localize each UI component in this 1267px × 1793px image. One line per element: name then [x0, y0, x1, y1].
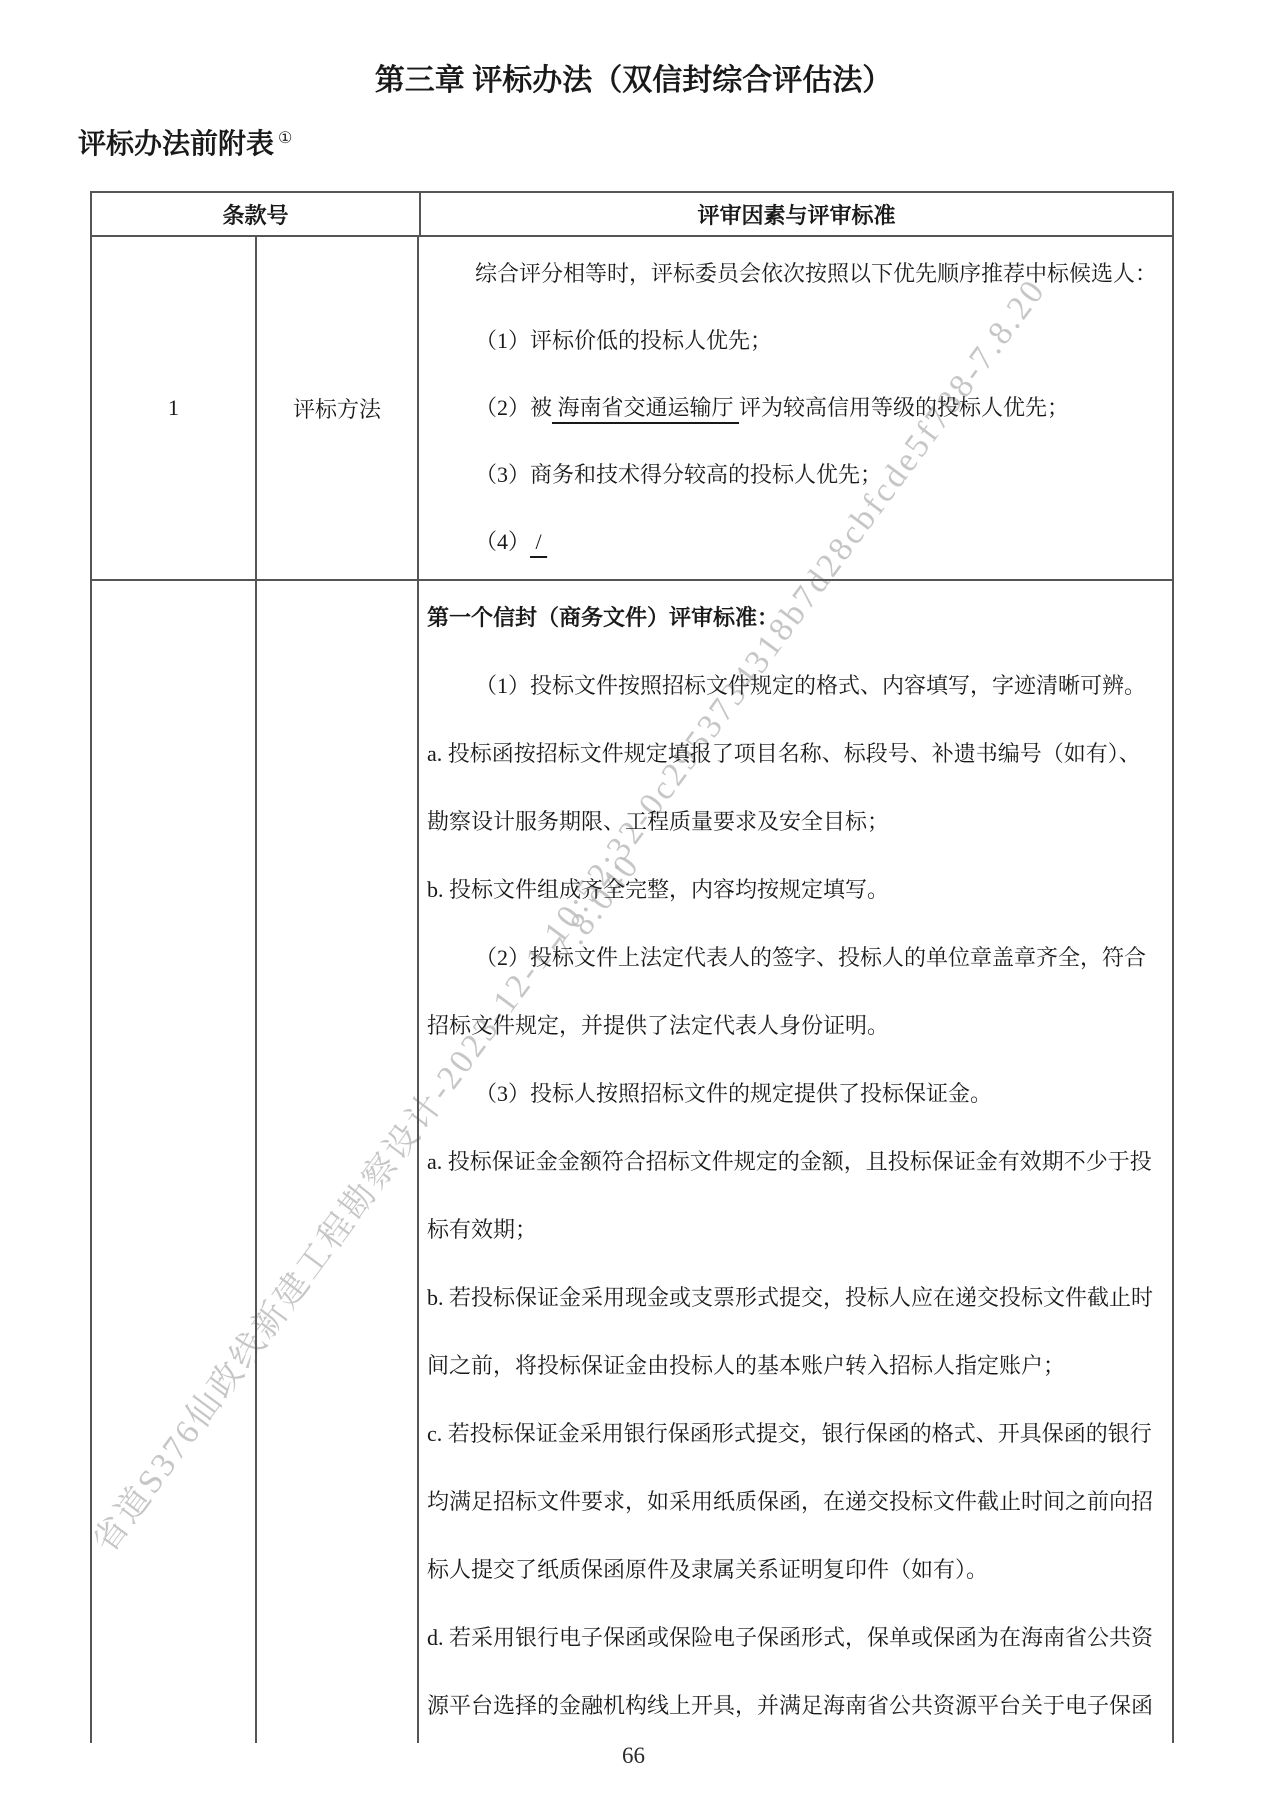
col-header-clause-number: 条款号 — [92, 193, 421, 235]
text-segment: 源平台选择的金融机构线上开具，并满足海南省公共资源平台关于电子保函 — [427, 1693, 1153, 1718]
text-segment: （3）投标人按照招标文件的规定提供了投标保证金。 — [475, 1081, 992, 1106]
evaluation-criteria-table: 条款号 评审因素与评审标准 1 评标方法 综合评分相等时，评标委员会依次按照以下… — [90, 191, 1174, 1743]
text-line: （2）被 海南省交通运输厅 评为较高信用等级的投标人优先； — [427, 374, 1154, 441]
text-segment: b. 投标文件组成齐全完整，内容均按规定填写。 — [427, 877, 889, 902]
clause-name-cell — [257, 581, 419, 1743]
text-line: （1）投标文件按照招标文件规定的格式、内容填写，字迹清晰可辨。 — [427, 652, 1154, 720]
text-segment: 评为较高信用等级的投标人优先； — [739, 395, 1069, 420]
text-line: c. 若投标保证金采用银行保函形式提交，银行保函的格式、开具保函的银行 — [427, 1400, 1154, 1468]
text-line: 均满足招标文件要求，如采用纸质保函，在递交投标文件截止时间之前向招 — [427, 1468, 1154, 1536]
text-line: b. 若投标保证金采用现金或支票形式提交，投标人应在递交投标文件截止时 — [427, 1264, 1154, 1332]
table-row: 1 评标方法 综合评分相等时，评标委员会依次按照以下优先顺序推荐中标候选人：（1… — [92, 237, 1172, 581]
subtitle-text: 评标办法前附表 — [78, 129, 274, 160]
text-segment: 招标文件规定，并提供了法定代表人身份证明。 — [427, 1013, 889, 1038]
text-line: （2）投标文件上法定代表人的签字、投标人的单位章盖章齐全，符合 — [427, 924, 1154, 992]
text-segment: 标有效期； — [427, 1217, 537, 1242]
text-line: d. 若采用银行电子保函或保险电子保函形式，保单或保函为在海南省公共资 — [427, 1604, 1154, 1672]
clause-number-cell: 1 — [92, 237, 257, 579]
text-segment: a. 投标函按招标文件规定填报了项目名称、标段号、补遗书编号（如有）、 — [427, 741, 1141, 766]
text-line: 招标文件规定，并提供了法定代表人身份证明。 — [427, 992, 1154, 1060]
section-subtitle: 评标办法前附表① — [78, 122, 292, 162]
text-segment: （2）投标文件上法定代表人的签字、投标人的单位章盖章齐全，符合 — [475, 945, 1146, 970]
clause-name-cell: 评标方法 — [257, 237, 419, 579]
text-segment: a. 投标保证金金额符合招标文件规定的金额，且投标保证金有效期不少于投 — [427, 1149, 1152, 1174]
text-segment: c. 若投标保证金采用银行保函形式提交，银行保函的格式、开具保函的银行 — [427, 1421, 1152, 1446]
text-line: 综合评分相等时，评标委员会依次按照以下优先顺序推荐中标候选人： — [427, 240, 1154, 307]
text-segment: （3）商务和技术得分较高的投标人优先； — [475, 462, 882, 487]
page-number: 66 — [0, 1743, 1267, 1769]
text-line: 间之前，将投标保证金由投标人的基本账户转入招标人指定账户； — [427, 1332, 1154, 1400]
text-segment: b. 若投标保证金采用现金或支票形式提交，投标人应在递交投标文件截止时 — [427, 1285, 1153, 1310]
text-line: 勘察设计服务期限、工程质量要求及安全目标； — [427, 788, 1154, 856]
text-line: 标有效期； — [427, 1196, 1154, 1264]
clause-number-cell — [92, 581, 257, 1743]
text-segment: （2）被 — [475, 395, 552, 420]
criteria-content-cell: 综合评分相等时，评标委员会依次按照以下优先顺序推荐中标候选人：（1）评标价低的投… — [419, 237, 1172, 579]
text-segment: d. 若采用银行电子保函或保险电子保函形式，保单或保函为在海南省公共资 — [427, 1625, 1153, 1650]
text-line: （4） / — [427, 508, 1154, 575]
underlined-blank: 海南省交通运输厅 — [552, 395, 739, 420]
text-line: 源平台选择的金融机构线上开具，并满足海南省公共资源平台关于电子保函 — [427, 1672, 1154, 1740]
text-line: （3）投标人按照招标文件的规定提供了投标保证金。 — [427, 1060, 1154, 1128]
text-segment: 第一个信封（商务文件）评审标准： — [427, 605, 779, 630]
table-header-row: 条款号 评审因素与评审标准 — [92, 193, 1172, 237]
text-line: 标人提交了纸质保函原件及隶属关系证明复印件（如有）。 — [427, 1536, 1154, 1604]
text-segment: 勘察设计服务期限、工程质量要求及安全目标； — [427, 809, 889, 834]
table-row: 第一个信封（商务文件）评审标准：（1）投标文件按照招标文件规定的格式、内容填写，… — [92, 581, 1172, 1743]
text-segment: 均满足招标文件要求，如采用纸质保函，在递交投标文件截止时间之前向招 — [427, 1489, 1153, 1514]
text-line: （1）评标价低的投标人优先； — [427, 307, 1154, 374]
text-line: 第一个信封（商务文件）评审标准： — [427, 584, 1154, 652]
text-line: a. 投标函按招标文件规定填报了项目名称、标段号、补遗书编号（如有）、 — [427, 720, 1154, 788]
text-segment: 间之前，将投标保证金由投标人的基本账户转入招标人指定账户； — [427, 1353, 1065, 1378]
text-line: b. 投标文件组成齐全完整，内容均按规定填写。 — [427, 856, 1154, 924]
underlined-blank: / — [530, 529, 547, 554]
text-segment: 综合评分相等时，评标委员会依次按照以下优先顺序推荐中标候选人： — [475, 261, 1157, 286]
col-header-criteria: 评审因素与评审标准 — [421, 193, 1172, 235]
footnote-marker: ① — [278, 130, 292, 147]
text-line: a. 投标保证金金额符合招标文件规定的金额，且投标保证金有效期不少于投 — [427, 1128, 1154, 1196]
text-segment: 标人提交了纸质保函原件及隶属关系证明复印件（如有）。 — [427, 1557, 988, 1582]
chapter-title: 第三章 评标办法（双信封综合评估法） — [0, 55, 1267, 99]
text-line: （3）商务和技术得分较高的投标人优先； — [427, 441, 1154, 508]
text-segment: （4） — [475, 529, 530, 554]
text-segment: （1）投标文件按照招标文件规定的格式、内容填写，字迹清晰可辨。 — [475, 673, 1146, 698]
criteria-content-cell: 第一个信封（商务文件）评审标准：（1）投标文件按照招标文件规定的格式、内容填写，… — [419, 581, 1172, 1743]
text-segment: （1）评标价低的投标人优先； — [475, 328, 772, 353]
document-page: 省道S376仙政线新建工程勘察设计-2023-12-1 10:52:32-0c2… — [0, 0, 1267, 1793]
